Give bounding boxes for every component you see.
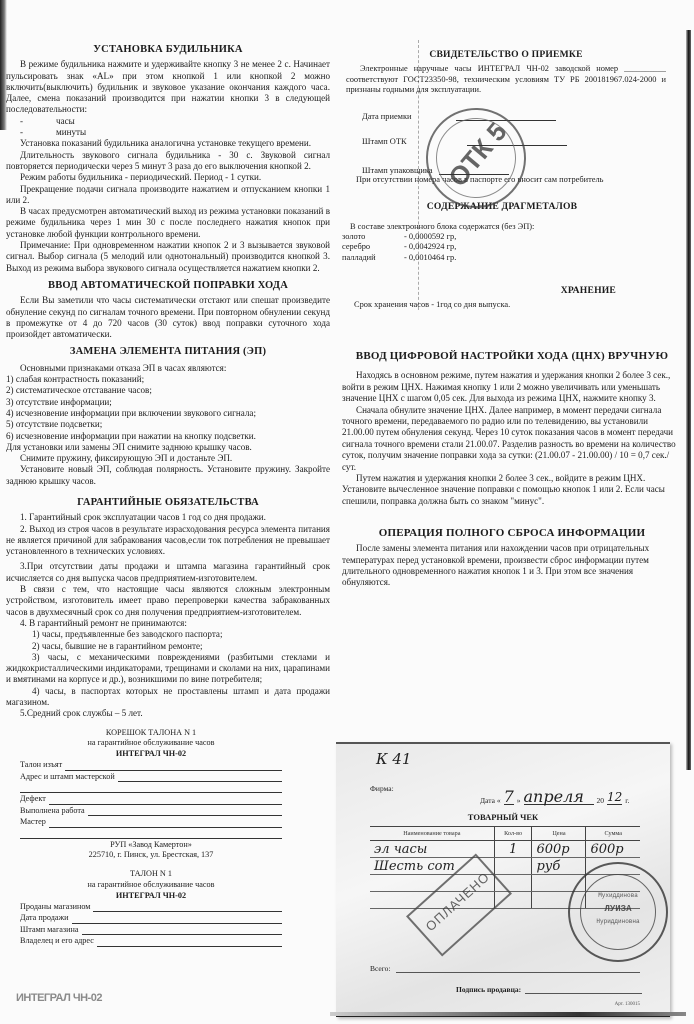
alarm-paragraph: Установка показаний будильника аналогичн… bbox=[6, 138, 330, 149]
paper-edge bbox=[330, 1012, 686, 1016]
auto-correction-paragraph: Если Вы заметили что часы систематически… bbox=[6, 295, 330, 340]
manufacturer-address: 225710, г. Пинск, ул. Брестская, 137 bbox=[20, 850, 282, 861]
warranty-paragraph: 2. Выход из строя часов в результате изр… bbox=[6, 524, 330, 558]
stub-blank-line bbox=[20, 783, 282, 793]
warranty-stub: КОРЕШОК ТАЛОНА N 1 на гарантийное обслуж… bbox=[20, 728, 282, 947]
stub-model: ИНТЕГРАЛ ЧН-02 bbox=[20, 749, 282, 760]
alarm-paragraph: Прекращение подачи сигнала производите н… bbox=[6, 184, 330, 207]
precious-metals-section: СОДЕРЖАНИЕ ДРАГМЕТАЛОВ В составе электро… bbox=[342, 201, 662, 263]
warranty-exclusion: 1) часы, предъявленные без заводского па… bbox=[6, 629, 330, 640]
auto-correction-title: ВВОД АВТОМАТИЧЕСКОЙ ПОПРАВКИ ХОДА bbox=[6, 280, 330, 291]
metal-row: палладий- 0,0010464 гр. bbox=[342, 253, 662, 263]
battery-section: ЗАМЕНА ЭЛЕМЕНТА ПИТАНИЯ (ЭП) Основными п… bbox=[6, 346, 330, 487]
receipt-firm-label: Фирма: bbox=[370, 784, 394, 793]
coupon-subtitle: на гарантийное обслуживание часов bbox=[20, 880, 282, 891]
receipt-total: Всего: bbox=[370, 964, 640, 973]
coupon-model: ИНТЕГРАЛ ЧН-02 bbox=[20, 891, 282, 902]
full-reset-paragraph: После замены элемента питания или нахожд… bbox=[342, 543, 682, 589]
alarm-paragraph: В часах предусмотрен автоматический выхо… bbox=[6, 206, 330, 240]
battery-paragraph: Для установки или замены ЭП снимите задн… bbox=[6, 442, 330, 453]
battery-intro: Основными признаками отказа ЭП в часах я… bbox=[6, 363, 330, 374]
receipt-date-day: 7 bbox=[504, 790, 514, 805]
faded-print-smudge: ИНТЕГРАЛ ЧН-02 bbox=[16, 992, 102, 1004]
storage-section: ХРАНЕНИЕ Срок хранения часов - 1год со д… bbox=[342, 285, 672, 311]
metals-list: В составе электронного блока содержатся … bbox=[342, 222, 662, 263]
warranty-exclusion: 4) часы, в паспортах которых не проставл… bbox=[6, 686, 330, 709]
warranty-service-life: 5.Средний срок службы – 5 лет. bbox=[6, 708, 330, 719]
coupon-field[interactable]: Владелец и его адрес bbox=[20, 936, 282, 947]
alarm-paragraph: Режим работы будильника - периодический.… bbox=[6, 172, 330, 183]
stub-blank-line bbox=[20, 829, 282, 839]
auto-correction-section: ВВОД АВТОМАТИЧЕСКОЙ ПОПРАВКИ ХОДА Если В… bbox=[6, 280, 330, 340]
stub-field[interactable]: Талон изъят bbox=[20, 760, 282, 771]
coupon-field[interactable]: Штамп магазина bbox=[20, 925, 282, 936]
sales-receipt: К 41 Фирма: Дата « 7 » апреля 20 12 г. Т… bbox=[336, 742, 670, 1017]
battery-paragraph: Установите новый ЭП, соблюдая полярность… bbox=[6, 464, 330, 487]
metal-row: серебро- 0,0042924 гр, bbox=[342, 242, 662, 252]
manual-paragraph: Находясь в основном режиме, путем нажати… bbox=[342, 370, 682, 404]
metals-title: СОДЕРЖАНИЕ ДРАГМЕТАЛОВ bbox=[342, 201, 662, 212]
receipt-signature: Подпись продавца: bbox=[456, 985, 642, 994]
metal-row: золото- 0,0000592 гр, bbox=[342, 232, 662, 242]
warranty-paragraph: 1. Гарантийный срок эксплуатации часов 1… bbox=[6, 512, 330, 523]
warranty-section: ГАРАНТИЙНЫЕ ОБЯЗАТЕЛЬСТВА 1. Гарантийный… bbox=[6, 497, 330, 720]
stub-title: КОРЕШОК ТАЛОНА N 1 bbox=[20, 728, 282, 739]
receipt-date: Дата « 7 » апреля 20 12 г. bbox=[480, 790, 629, 805]
manual-paragraph: Путем нажатия и удержания кнопки 2 более… bbox=[342, 473, 682, 507]
stub-field[interactable]: Мастер bbox=[20, 817, 282, 828]
battery-symptom-list: 1) слабая контрастность показаний; 2) си… bbox=[6, 374, 330, 442]
list-item: 5) отсутствие подсветки; bbox=[6, 419, 330, 430]
list-item: 3) отсутствие информации; bbox=[6, 397, 330, 408]
manufacturer-name: РУП «Завод Камертон» bbox=[20, 840, 282, 851]
list-item: 1) слабая контрастность показаний; bbox=[6, 374, 330, 385]
warranty-title: ГАРАНТИЙНЫЕ ОБЯЗАТЕЛЬСТВА bbox=[6, 497, 330, 508]
storage-text: Срок хранения часов - 1год со дня выпуск… bbox=[342, 300, 672, 311]
manual-paragraph: Сначала обнулите значение ЦНХ. Далее нап… bbox=[342, 405, 682, 473]
manual-correction-title: ВВОД ЦИФРОВОЙ НАСТРОЙКИ ХОДА (ЦНХ) ВРУЧН… bbox=[342, 350, 682, 362]
alarm-list-item: -минуты bbox=[6, 127, 330, 138]
coupon-field[interactable]: Проданы магазином bbox=[20, 902, 282, 913]
alarm-paragraph: В режиме будильника нажмите и удерживайт… bbox=[6, 59, 330, 115]
alarm-title: УСТАНОВКА БУДИЛЬНИКА bbox=[6, 44, 330, 55]
receipt-article-number: Арт. 130015 bbox=[615, 1002, 640, 1007]
storage-title: ХРАНЕНИЕ bbox=[342, 285, 672, 296]
receipt-date-month: апреля bbox=[524, 790, 594, 805]
page-fold-edge bbox=[686, 30, 691, 770]
certificate-text: Электронные наручные часы ИНТЕГРАЛ ЧН-02… bbox=[346, 64, 666, 96]
column-header: Цена bbox=[532, 827, 586, 841]
stub-field[interactable]: Адрес и штамп мастерской bbox=[20, 772, 282, 783]
receipt-title: ТОВАРНЫЙ ЧЕК bbox=[336, 812, 670, 822]
receipt-handwritten-number: К 41 bbox=[376, 750, 411, 768]
coupon-title: ТАЛОН N 1 bbox=[20, 869, 282, 880]
certificate-title: СВИДЕТЕЛЬСТВО О ПРИЕМКЕ bbox=[346, 49, 666, 60]
list-item: 4) исчезновение информации при включении… bbox=[6, 408, 330, 419]
column-header: Кол-во bbox=[494, 827, 532, 841]
list-item: 6) исчезновение информации при нажатии н… bbox=[6, 431, 330, 442]
alarm-section: УСТАНОВКА БУДИЛЬНИКА В режиме будильника… bbox=[6, 44, 330, 274]
alarm-paragraph: Длительность звукового сигнала будильник… bbox=[6, 150, 330, 173]
receipt-date-year: 12 bbox=[607, 790, 622, 805]
seller-round-stamp: Мухиддинова ЛУИЗА Нуриддиновна bbox=[568, 862, 668, 962]
full-reset-title: ОПЕРАЦИЯ ПОЛНОГО СБРОСА ИНФОРМАЦИИ bbox=[342, 527, 682, 539]
warranty-paragraph: 4. В гарантийный ремонт не принимаются: bbox=[6, 618, 330, 629]
battery-title: ЗАМЕНА ЭЛЕМЕНТА ПИТАНИЯ (ЭП) bbox=[6, 346, 330, 357]
stub-field[interactable]: Выполнена работа bbox=[20, 806, 282, 817]
list-item: 2) систематическое отставание часов; bbox=[6, 385, 330, 396]
warranty-exclusion: 2) часы, бывшие не в гарантийном ремонте… bbox=[6, 641, 330, 652]
column-header: Сумма bbox=[586, 827, 640, 841]
column-header: Наименование товара bbox=[370, 827, 494, 841]
battery-paragraph: Снимите пружину, фиксирующую ЭП и достан… bbox=[6, 453, 330, 464]
warranty-exclusion: 3) часы, с механическими повреждениями (… bbox=[6, 652, 330, 686]
table-row: эл часы 1 600р 600р bbox=[370, 841, 640, 858]
alarm-note: Примечание: При одновременном нажатии кн… bbox=[6, 240, 330, 274]
warranty-paragraph: В связи с тем, что настоящие часы являют… bbox=[6, 584, 330, 618]
alarm-list-item: -часы bbox=[6, 116, 330, 127]
metals-intro: В составе электронного блока содержатся … bbox=[342, 222, 662, 232]
stub-subtitle: на гарантийное обслуживание часов bbox=[20, 738, 282, 749]
full-reset-section: ОПЕРАЦИЯ ПОЛНОГО СБРОСА ИНФОРМАЦИИ После… bbox=[342, 527, 682, 589]
coupon-field[interactable]: Дата продажи bbox=[20, 913, 282, 924]
stub-field[interactable]: Дефект bbox=[20, 794, 282, 805]
left-column: УСТАНОВКА БУДИЛЬНИКА В режиме будильника… bbox=[6, 40, 330, 948]
warranty-paragraph: 3.При отсутствии даты продажи и штампа м… bbox=[6, 561, 330, 584]
manual-correction-section: ВВОД ЦИФРОВОЙ НАСТРОЙКИ ХОДА (ЦНХ) ВРУЧН… bbox=[342, 350, 682, 507]
